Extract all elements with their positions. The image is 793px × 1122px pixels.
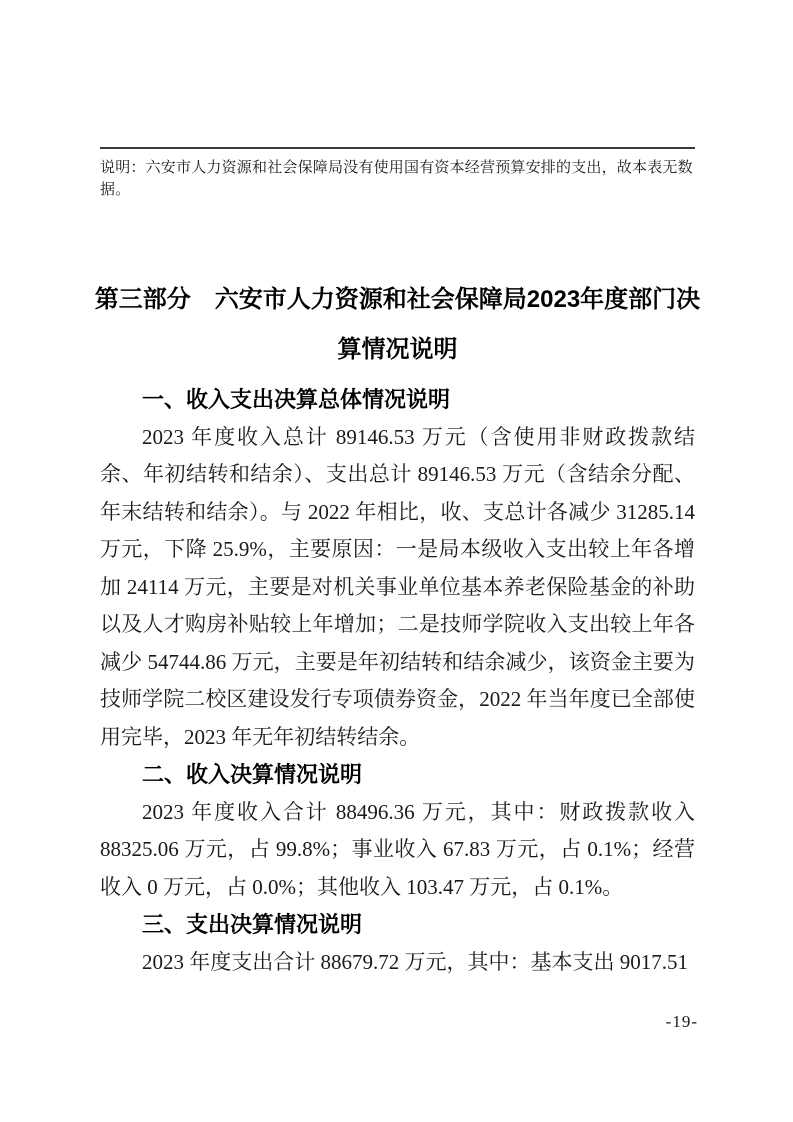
section-heading-3: 三、支出决算情况说明 xyxy=(100,906,695,944)
page-number: -19- xyxy=(666,1012,698,1032)
document-page: 说明：六安市人力资源和社会保障局没有使用国有资本经营预算安排的支出，故本表无数据… xyxy=(0,0,793,1122)
section-heading-2: 二、收入决算情况说明 xyxy=(100,756,695,794)
section-paragraph-1: 2023 年度收入总计 89146.53 万元（含使用非财政拨款结余、年初结转和… xyxy=(100,419,695,757)
table-bottom-rule xyxy=(100,147,695,149)
part-title: 第三部分 六安市人力资源和社会保障局2023年度部门决算情况说明 xyxy=(90,275,705,375)
section-paragraph-2: 2023 年度收入合计 88496.36 万元，其中：财政拨款收入 88325.… xyxy=(100,794,695,907)
section-heading-1: 一、收入支出决算总体情况说明 xyxy=(100,381,695,419)
table-note: 说明：六安市人力资源和社会保障局没有使用国有资本经营预算安排的支出，故本表无数据… xyxy=(100,157,695,201)
document-body: 一、收入支出决算总体情况说明 2023 年度收入总计 89146.53 万元（含… xyxy=(100,381,695,981)
section-paragraph-3: 2023 年度支出合计 88679.72 万元，其中：基本支出 9017.51 xyxy=(100,944,695,982)
